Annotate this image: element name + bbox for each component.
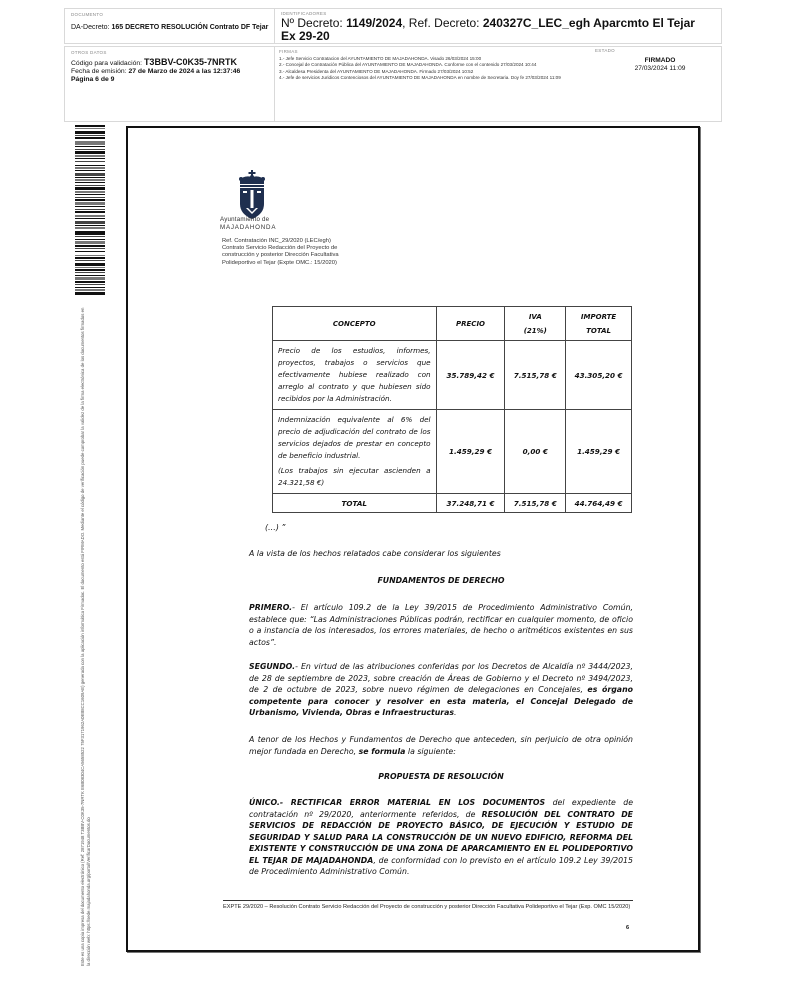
documento-label: DOCUMENTO bbox=[71, 12, 103, 17]
status-badge: FIRMADO 27/03/2024 11:09 bbox=[615, 57, 705, 73]
cost-table: CONCEPTO PRECIO IVA(21%) IMPORTETOTAL Pr… bbox=[272, 306, 632, 513]
intro-paragraph: A la vista de los hechos relatados cabe … bbox=[249, 548, 633, 560]
section-title-fundamentos: FUNDAMENTOS DE DERECHO bbox=[249, 575, 633, 587]
table-row: Precio de los estudios, informes, proyec… bbox=[273, 341, 632, 410]
otros-datos-box: OTROS DATOS Código para validación: T3BB… bbox=[64, 46, 276, 122]
footer-divider bbox=[223, 900, 633, 901]
otros-datos-label: OTROS DATOS bbox=[71, 50, 107, 55]
coat-of-arms-icon bbox=[232, 170, 272, 222]
cell-precio: 1.459,29 € bbox=[436, 410, 505, 494]
col-precio: PRECIO bbox=[436, 307, 505, 341]
total-precio: 37.248,71 € bbox=[436, 494, 505, 513]
col-importe-total: IMPORTETOTAL bbox=[566, 307, 632, 341]
barcode-icon bbox=[75, 125, 105, 295]
cell-concepto: Indemnización equivalente al 6% del prec… bbox=[273, 410, 437, 494]
total-iva: 7.515,78 € bbox=[505, 494, 566, 513]
paragraph-primero: PRIMERO.- El artículo 109.2 de la Ley 39… bbox=[249, 602, 633, 648]
documento-box: DOCUMENTO DA-Decreto: 165 DECRETO RESOLU… bbox=[64, 8, 276, 44]
issue-date: Fecha de emisión: 27 de Marzo de 2024 a … bbox=[71, 68, 240, 76]
col-iva: IVA(21%) bbox=[505, 307, 566, 341]
org-name-line1: Ayuntamiento de bbox=[220, 216, 269, 223]
firmas-box: FIRMAS 1.- Jefe Servicio Contratacion de… bbox=[274, 46, 722, 122]
estado-label: ESTADO bbox=[595, 48, 615, 53]
page-count: Página 6 de 9 bbox=[71, 76, 240, 84]
footer-reference: EXPTE 29/2020 – Resolución Contrato Serv… bbox=[223, 904, 633, 912]
signature-item: 4.- Jefe de servicios Juridicos Contenci… bbox=[279, 75, 597, 81]
total-importe: 44.764,49 € bbox=[566, 494, 632, 513]
paragraph-unico: ÚNICO.- RECTIFICAR ERROR MATERIAL EN LOS… bbox=[249, 797, 633, 878]
col-concepto: CONCEPTO bbox=[273, 307, 437, 341]
cell-note: (Los trabajos sin ejecutar ascienden a 2… bbox=[278, 465, 431, 489]
contract-reference: Ref. Contratación INC_29/2020 (LEC/egh) … bbox=[222, 238, 372, 267]
table-header-row: CONCEPTO PRECIO IVA(21%) IMPORTETOTAL bbox=[273, 307, 632, 341]
paragraph-tenor: A tenor de los Hechos y Fundamentos de D… bbox=[249, 734, 633, 757]
firmas-label: FIRMAS bbox=[279, 49, 298, 54]
cell-precio: 35.789,42 € bbox=[436, 341, 505, 410]
cell-total: 1.459,29 € bbox=[566, 410, 632, 494]
table-total-row: TOTAL 37.248,71 € 7.515,78 € 44.764,49 € bbox=[273, 494, 632, 513]
page-number: 6 bbox=[626, 925, 629, 931]
verification-note: Este es una copia impresa del documento … bbox=[80, 306, 91, 966]
cell-total: 43.305,20 € bbox=[566, 341, 632, 410]
cell-concepto: Precio de los estudios, informes, proyec… bbox=[273, 341, 437, 410]
paragraph-segundo: SEGUNDO.- En virtud de las atribuciones … bbox=[249, 661, 633, 719]
identificadores-box: IDENTIFICADORES Nº Decreto: 1149/2024, R… bbox=[274, 8, 722, 44]
document-page: Ayuntamiento de MAJADAHONDA Ref. Contrat… bbox=[126, 126, 700, 952]
documento-title: DA-Decreto: 165 DECRETO RESOLUCIÓN Contr… bbox=[71, 23, 268, 32]
total-label: TOTAL bbox=[273, 494, 437, 513]
table-row: Indemnización equivalente al 6% del prec… bbox=[273, 410, 632, 494]
validation-code: Código para validación: T3BBV-C0K35-7NRT… bbox=[71, 58, 240, 68]
cell-iva: 7.515,78 € bbox=[505, 341, 566, 410]
decreto-identifier: Nº Decreto: 1149/2024, Ref. Decreto: 240… bbox=[281, 17, 701, 43]
org-name-line2: MAJADAHONDA bbox=[220, 224, 276, 231]
section-title-propuesta: PROPUESTA DE RESOLUCIÓN bbox=[249, 771, 633, 783]
cell-iva: 0,00 € bbox=[505, 410, 566, 494]
otros-datos-content: Código para validación: T3BBV-C0K35-7NRT… bbox=[71, 58, 240, 85]
quote-ellipsis: (…) ” bbox=[265, 522, 649, 534]
document-header: DOCUMENTO DA-Decreto: 165 DECRETO RESOLU… bbox=[64, 8, 720, 120]
signatures-list: 1.- Jefe Servicio Contratacion del AYUNT… bbox=[279, 56, 597, 81]
